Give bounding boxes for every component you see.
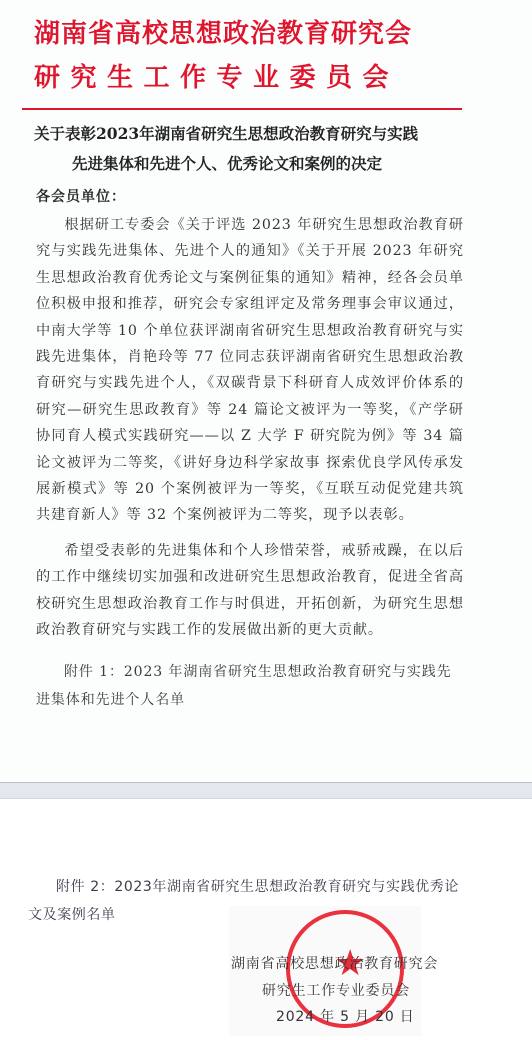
org-header-line1: 湖南省高校思想政治教育研究会 xyxy=(34,14,474,54)
salutation: 各会员单位： xyxy=(36,186,126,208)
signature-org-line1: 湖南省高校思想政治教育研究会 xyxy=(231,953,438,973)
document-title-line1: 关于表彰2023年湖南省研究生思想政治教育研究与实践 xyxy=(34,122,418,146)
page-separator xyxy=(0,782,532,799)
document-page-1: 湖南省高校思想政治教育研究会 研究生工作专业委员会 关于表彰2023年湖南省研究… xyxy=(0,0,532,782)
signature-date: 2024 年 5 月 20 日 xyxy=(276,1006,415,1026)
signature-org-line2: 研究生工作专业委员会 xyxy=(262,980,410,1000)
body-paragraph-1: 根据研工专委会《关于评选 2023 年研究生思想政治教育研究与实践先进集体、先进… xyxy=(36,212,464,529)
org-header-line2: 研究生工作专业委员会 xyxy=(34,58,474,98)
header-red-rule xyxy=(22,108,462,110)
body-paragraph-2: 希望受表彰的先进集体和个人珍惜荣誉，戒骄戒躁，在以后的工作中继续切实加强和改进研… xyxy=(36,538,464,644)
document-title-line2: 先进集体和先进个人、优秀论文和案例的决定 xyxy=(72,152,382,176)
attachment-1: 附件 1：2023 年湖南省研究生思想政治教育研究与实践先进集体和先进个人名单 xyxy=(36,658,464,714)
